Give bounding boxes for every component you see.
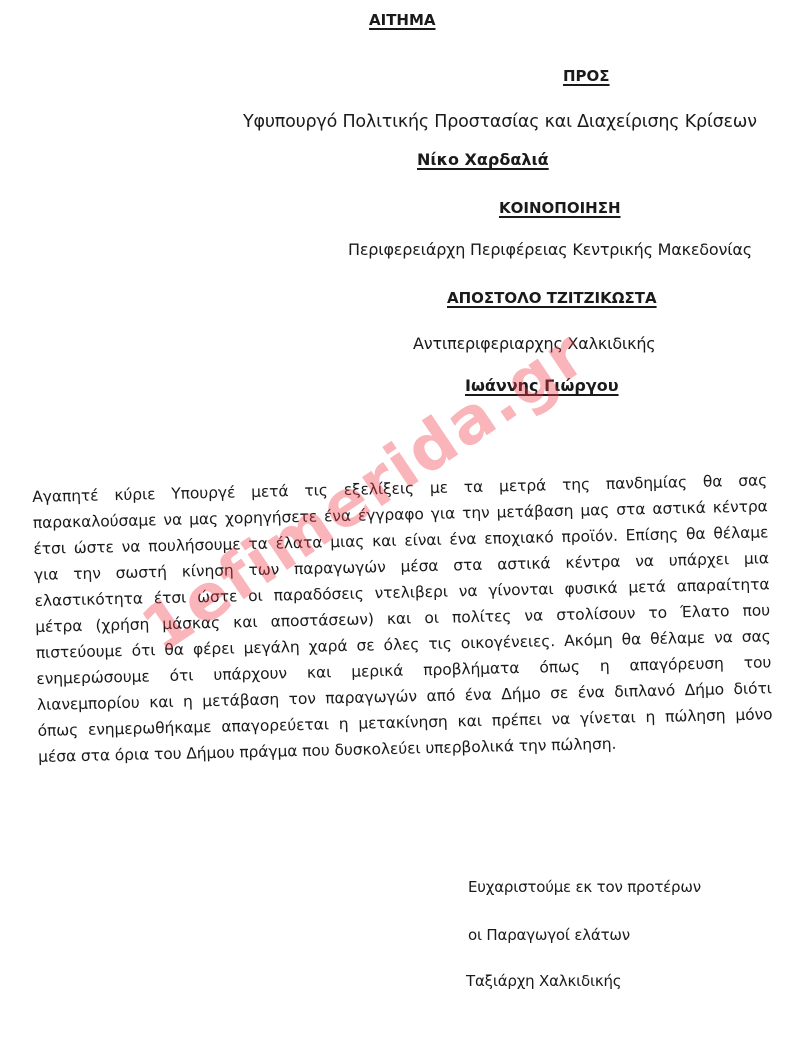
cc-label: ΚΟΙΝΟΠΟΙΗΣΗ	[499, 198, 621, 218]
cc1-name: ΑΠΟΣΤΟΛΟ ΤΖΙΤΖΙΚΩΣΤΑ	[447, 288, 657, 308]
document-title: ΑΙΤΗΜΑ	[369, 10, 436, 30]
closing-signatory: οι Παραγωγοί ελάτων	[468, 926, 630, 944]
cc1-role: Περιφερειάρχη Περιφέρειας Κεντρικής Μακε…	[348, 240, 752, 260]
recipient-name: Νίκο Χαρδαλιά	[417, 150, 549, 170]
cc2-name: Ιωάννης Γιώργου	[465, 376, 619, 396]
closing-thanks: Ευχαριστούμε εκ τον προτέρων	[468, 878, 701, 896]
cc2-role: Αντιπεριφεριαρχης Χαλκιδικής	[413, 334, 656, 354]
recipient-role: Υφυπουργό Πολιτικής Προστασίας και Διαχε…	[243, 112, 757, 132]
to-label: ΠΡΟΣ	[563, 66, 610, 86]
closing-location: Ταξιάρχη Χαλκιδικής	[466, 972, 621, 990]
document-page: ΑΙΤΗΜΑ ΠΡΟΣ Υφυπουργό Πολιτικής Προστασί…	[0, 0, 800, 1044]
letter-body: Αγαπητέ κύριε Υπουργέ μετά τις εξελίξεις…	[32, 467, 798, 770]
